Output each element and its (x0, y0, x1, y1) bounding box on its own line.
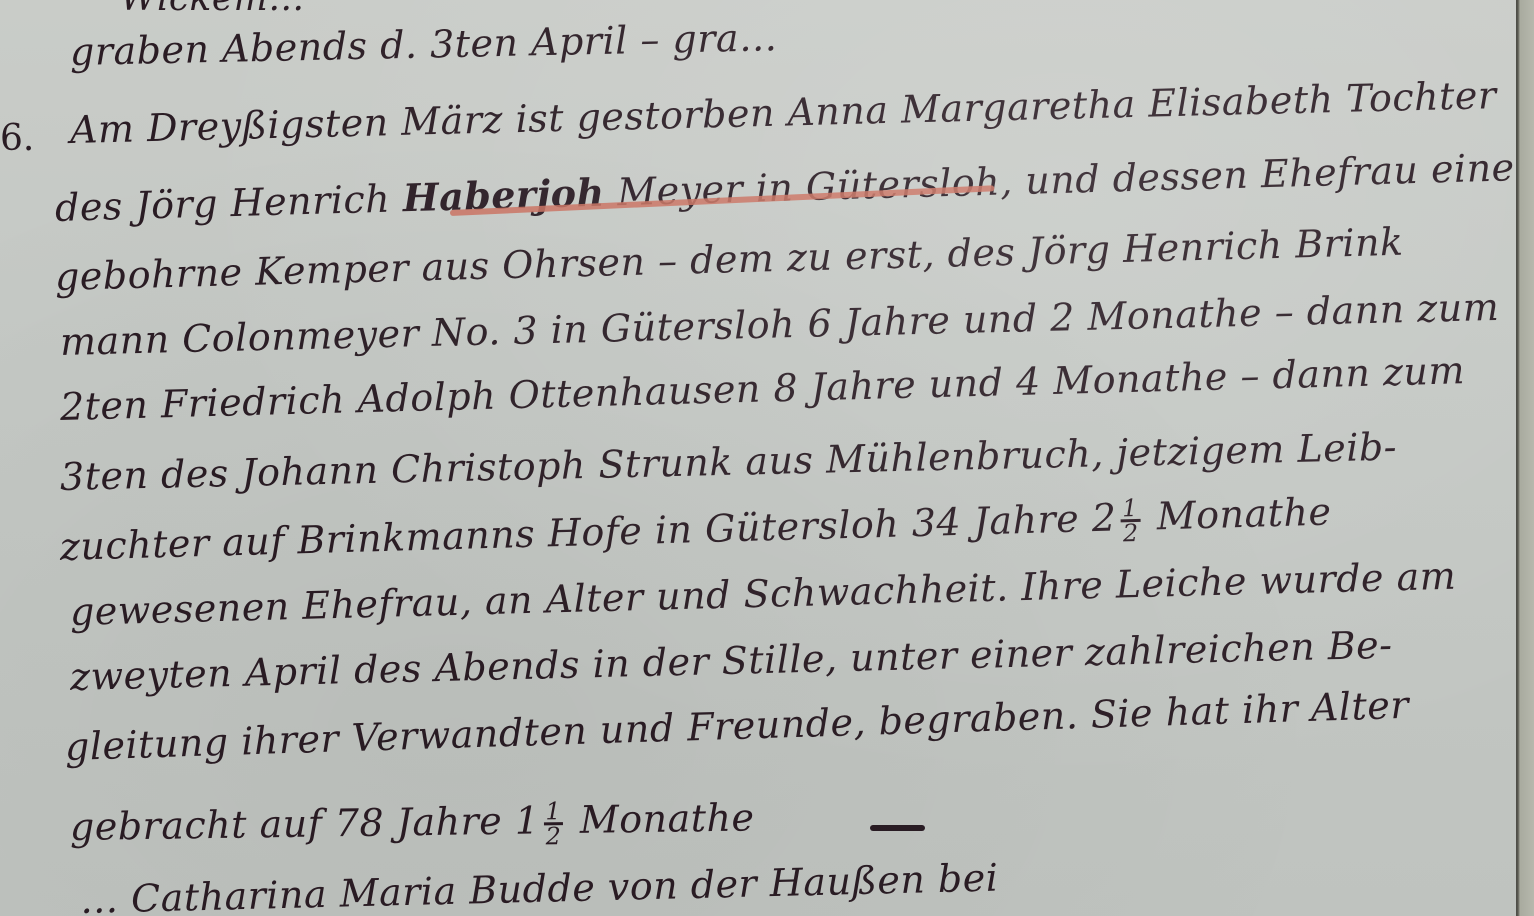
text-line-0: Wickem… (120, 0, 305, 19)
entry-number: 6. (0, 118, 34, 159)
text-line-7: 3ten des Johann Christoph Strunk aus Müh… (60, 425, 1398, 499)
text-segment: des Jörg Henrich (54, 176, 403, 230)
text-line-4: gebohrne Kemper aus Ohrsen – dem zu erst… (54, 220, 1404, 299)
text-segment: Monathe (1144, 489, 1332, 538)
text-line-6: 2ten Friedrich Adolph Ottenhausen 8 Jahr… (59, 348, 1465, 429)
end-of-entry-dash (870, 825, 925, 831)
register-page: Wickem… graben Abends d. 3ten April – gr… (0, 0, 1516, 916)
text-segment: zuchter auf Brinkmanns Hofe in Gütersloh… (59, 495, 1117, 568)
text-line-10: zweyten April des Abends in der Stille, … (69, 623, 1392, 699)
text-line-1: graben Abends d. 3ten April – gra… (70, 15, 778, 74)
text-line-2: Am Dreyßigsten März ist gestorben Anna M… (69, 73, 1497, 152)
text-segment: Meyer in Gütersloh, und dessen Ehefrau e… (604, 145, 1515, 214)
fraction-half: 12 (543, 800, 563, 847)
fraction-half: 12 (1120, 497, 1141, 545)
text-line-13: … Catharina Maria Budde von der Haußen b… (79, 856, 998, 916)
text-segment: Monathe (567, 795, 755, 842)
text-line-3: des Jörg Henrich Haberjoh Meyer in Güter… (54, 144, 1515, 230)
text-line-11: gleitung ihrer Verwandten und Freunde, b… (64, 683, 1409, 769)
page-binding-edge (1516, 0, 1534, 916)
text-segment: gebracht auf 78 Jahre 1 (70, 798, 540, 849)
text-line-12: gebracht auf 78 Jahre 112 Monathe (70, 795, 755, 854)
